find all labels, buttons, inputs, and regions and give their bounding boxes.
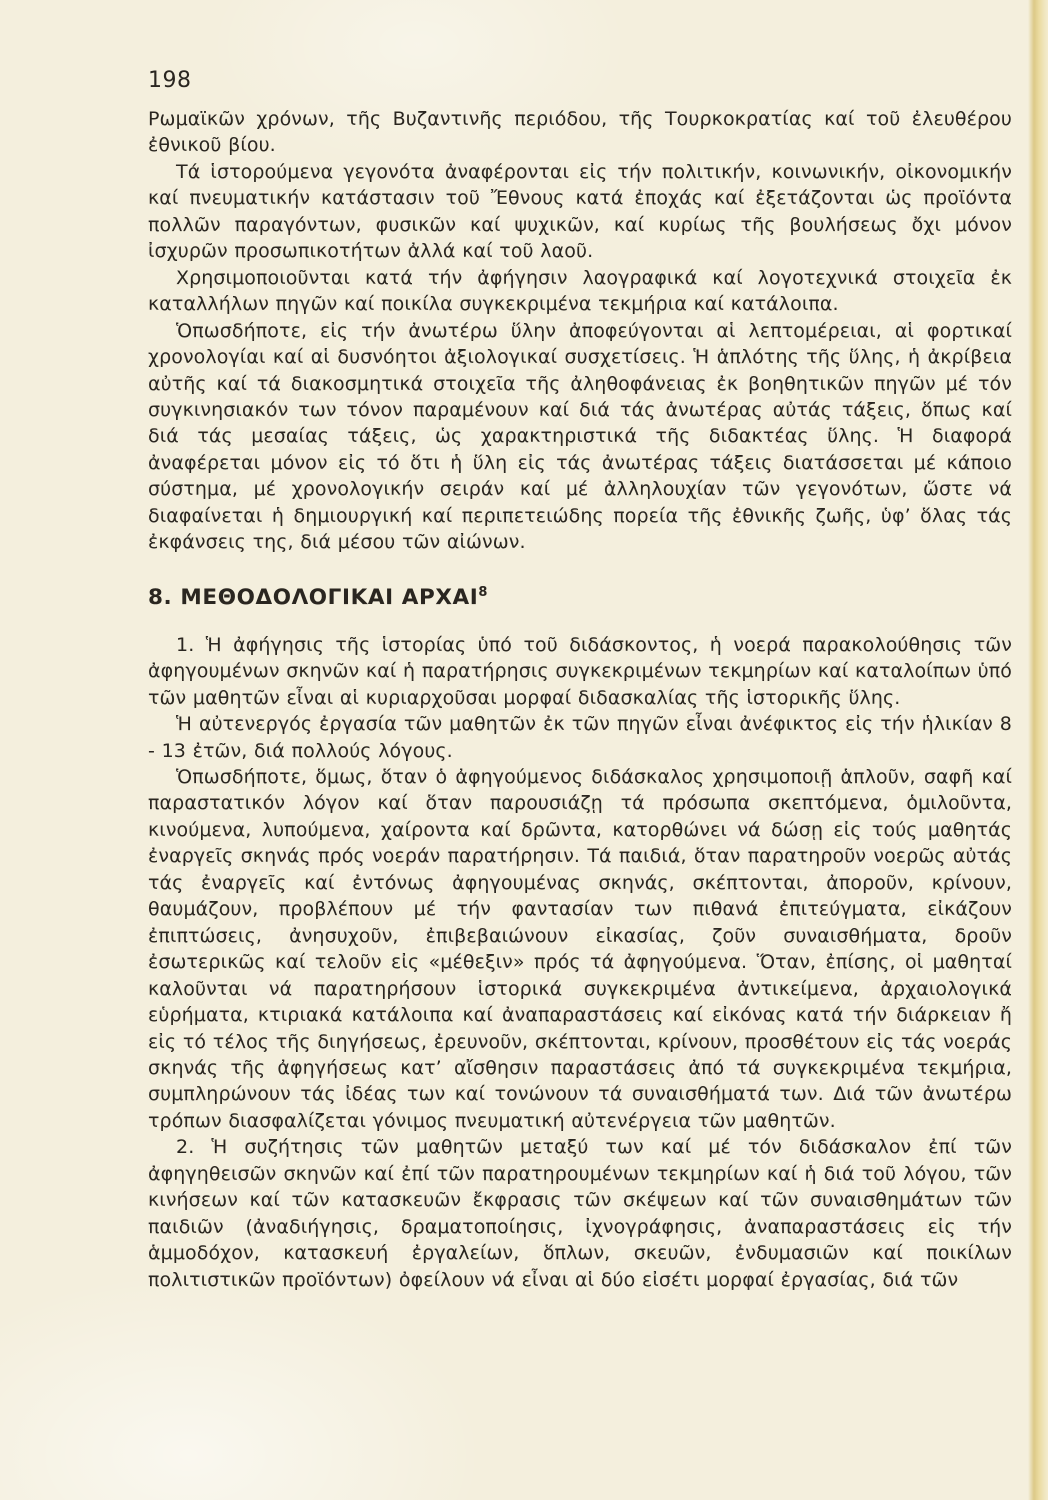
paragraph: Ὁπωσδήποτε, ὅμως, ὅταν ὁ ἀφηγούμενος διδ…: [148, 764, 1012, 1134]
body-text: Ρωμαϊκῶν χρόνων, τῆς Βυζαντινῆς περιόδου…: [148, 106, 1012, 1293]
scanned-book-page: 198 Ρωμαϊκῶν χρόνων, τῆς Βυζαντινῆς περι…: [0, 0, 1048, 1500]
page-edge-stripe: [1028, 0, 1048, 1500]
paragraph-continuation: Ρωμαϊκῶν χρόνων, τῆς Βυζαντινῆς περιόδου…: [148, 106, 1012, 159]
page-number: 198: [148, 68, 1012, 94]
numbered-paragraph-1: 1. Ἡ ἀφήγησις τῆς ἱστορίας ὑπό τοῦ διδάσ…: [148, 632, 1012, 711]
section-heading-label: 8. ΜΕΘΟΔΟΛΟΓΙΚΑΙ ΑΡΧΑΙ: [148, 585, 478, 610]
numbered-paragraph-2: 2. Ἡ συζήτησις τῶν μαθητῶν μεταξύ των κα…: [148, 1134, 1012, 1293]
footnote-reference: 8: [478, 585, 488, 600]
paragraph: Ἡ αὐτενεργός ἐργασία τῶν μαθητῶν ἐκ τῶν …: [148, 711, 1012, 764]
text-column: 198 Ρωμαϊκῶν χρόνων, τῆς Βυζαντινῆς περι…: [148, 68, 1012, 1293]
section-heading: 8. ΜΕΘΟΔΟΛΟΓΙΚΑΙ ΑΡΧΑΙ8: [148, 584, 1012, 611]
paragraph: Χρησιμοποιοῦνται κατά τήν ἀφήγησιν λαογρ…: [148, 265, 1012, 318]
paragraph: Τά ἱστορούμενα γεγονότα ἀναφέρονται εἰς …: [148, 159, 1012, 265]
paragraph: Ὁπωσδήποτε, εἰς τήν ἀνωτέρω ὕλην ἀποφεύγ…: [148, 318, 1012, 556]
